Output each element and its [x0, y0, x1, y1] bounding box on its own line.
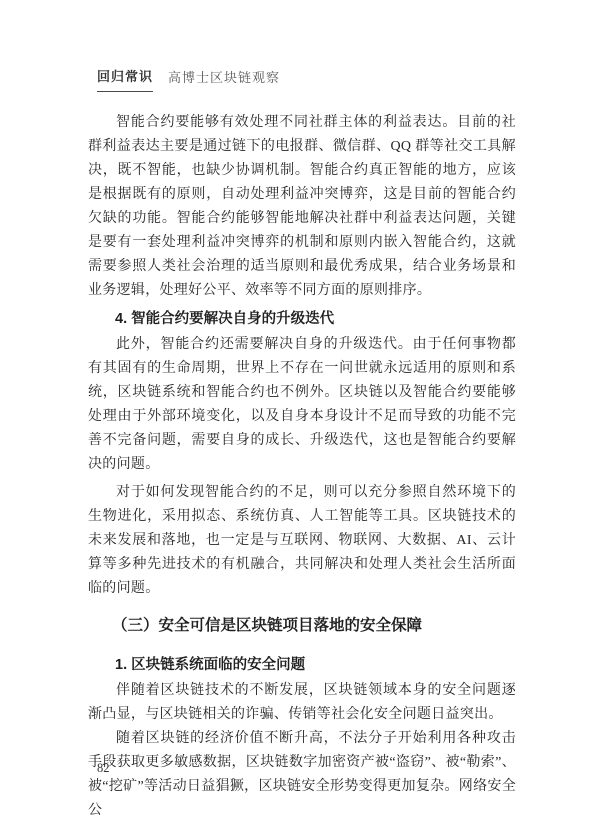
- header-series-title: 回归常识: [97, 66, 153, 92]
- running-header: 回归常识 高博士区块链观察: [97, 66, 280, 92]
- subsection-heading-security-issues: 1. 区块链系统面临的安全问题: [88, 654, 516, 676]
- paragraph-security-problems: 伴随着区块链技术的不断发展，区块链领域本身的安全问题逐渐凸显，与区块链相关的诈骗…: [88, 679, 516, 727]
- paragraph-attack-trends: 随着区块链的经济价值不断升高，不法分子开始利用各种攻击手段获取更多敏感数据，区块…: [88, 727, 516, 822]
- book-page: 回归常识 高博士区块链观察 智能合约要能够有效处理不同社群主体的利益表达。目前的…: [0, 0, 600, 822]
- header-book-title: 高博士区块链观察: [168, 66, 280, 86]
- paragraph-future-integration: 对于如何发现智能合约的不足，则可以充分参照自然环境下的生物进化，采用拟态、系统仿…: [88, 481, 516, 601]
- paragraph-smart-contract-interests: 智能合约要能够有效处理不同社群主体的利益表达。目前的社群利益表达主要是通过链下的…: [88, 111, 516, 303]
- section-heading-security-assurance: （三）安全可信是区块链项目落地的安全保障: [88, 614, 516, 638]
- paragraph-upgrade-iteration: 此外，智能合约还需要解决自身的升级迭代。由于任何事物都有其固有的生命周期，世界上…: [88, 333, 516, 477]
- text-column: 智能合约要能够有效处理不同社群主体的利益表达。目前的社群利益表达主要是通过链下的…: [88, 111, 516, 822]
- heading-smart-contract-upgrade: 4. 智能合约要解决自身的升级迭代: [88, 308, 516, 330]
- page-number: 82: [97, 761, 110, 776]
